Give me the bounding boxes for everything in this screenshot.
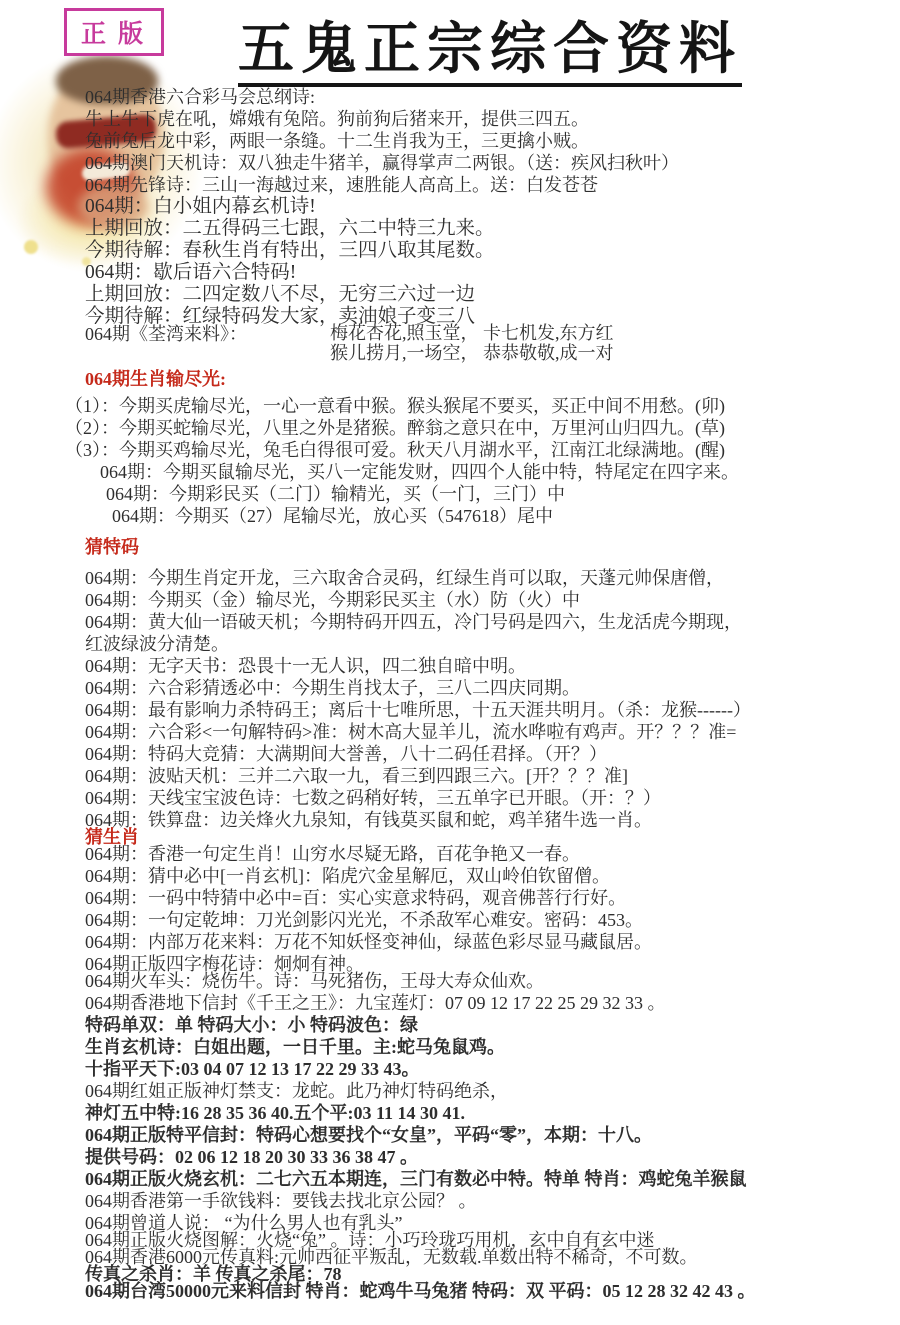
text-line: 064期：白小姐内幕玄机诗! bbox=[85, 196, 895, 218]
text-line: 064期：内部万花来料：万花不知妖怪变神仙，绿蓝色彩尽显马藏鼠居。 bbox=[85, 931, 895, 953]
authenticity-badge: 正版 bbox=[64, 8, 164, 56]
text-line: （3）：今期买鸡输尽光，兔毛白得很可爱。秋天八月湖水平，江南江北绿满地。(醒) bbox=[65, 439, 895, 461]
tip-sheet-page: 正版 五鬼正宗综合资料 064期香港六合彩马会总纲诗:牛上牛下虎在吼，嫦娥有兔陪… bbox=[0, 0, 900, 1325]
text-line: 064期：歇后语六合特码! bbox=[85, 262, 895, 284]
text-line: 神灯五中特:16 28 35 36 40.五个平:03 11 14 30 41. bbox=[85, 1102, 895, 1124]
text-line: 064期先锋诗：三山一海越过来，速胜能人高高上。送：白发苍苍 bbox=[85, 174, 895, 196]
content-lines: 064期香港六合彩马会总纲诗:牛上牛下虎在吼，嫦娥有兔陪。狗前狗后猪来开，提供三… bbox=[85, 86, 895, 1302]
authenticity-badge-label: 正版 bbox=[81, 21, 155, 48]
text-line: 十指平天下:03 04 07 12 13 17 22 29 33 43。 bbox=[85, 1058, 895, 1080]
text-line: 猴儿捞月,一场空， 恭恭敬敬,成一对 bbox=[330, 343, 614, 363]
text-line: 064期澳门天机诗：双八独走牛猪羊，赢得掌声二两银。（送：疾风扫秋叶） bbox=[85, 152, 895, 174]
text-line: 今期待解：春秋生肖有特出，三四八取其尾数。 bbox=[85, 240, 895, 262]
text-line: （1）：今期买虎输尽光，一心一意看中猴。猴头猴尾不要买，买正中间不用愁。(卯) bbox=[65, 395, 895, 417]
line-label: 064期《荃湾来料》： bbox=[85, 323, 330, 363]
text-line: 064期：今期生肖定开龙，三六取舍合灵码，红绿生肖可以取，天蓬元帅保唐僧， bbox=[85, 567, 895, 589]
text-line: 064期：香港一句定生肖！山穷水尽疑无路，百花争艳又一春。 bbox=[85, 843, 895, 865]
text-line: 064期香港地下信封《千王之王》：九宝莲灯：07 09 12 17 22 25 … bbox=[85, 992, 895, 1014]
text-line: 064期：波贴天机：三并二六取一九，看三到四跟三六。[开？？？准] bbox=[85, 765, 895, 787]
text-line: 064期：今期买鼠输尽光，买八一定能发财，四四个人能中特，特尾定在四字来。 bbox=[100, 461, 895, 483]
photo-sparkle bbox=[24, 240, 38, 254]
text-line: 064期：一句定乾坤：刀光剑影闪光光，不杀敌军心难安。密码：453。 bbox=[85, 909, 895, 931]
text-line: 064期：特码大竞猜：大满期间大誉善，八十二码任君择。（开？） bbox=[85, 743, 895, 765]
text-line: 064期：无字天书：恐畏十一无人识，四二独自暗中明。 bbox=[85, 655, 895, 677]
page-title: 五鬼正宗综合资料 bbox=[238, 18, 742, 87]
text-line: 兔前兔后龙中彩，两眼一条缝。十二生肖我为王，三更擒小贼。 bbox=[85, 130, 895, 152]
text-line: 064期：六合彩<一句解特码>准：树木高大显羊儿，流水哗啦有鸡声。开？？？准= bbox=[85, 721, 895, 743]
text-line: 064期正版特平信封：特码心想要找个“女皇”，平码“零”，本期：十八。 bbox=[85, 1124, 895, 1146]
line-column: 梅花杏花,照玉堂， 卡七机发,东方红猴儿捞月,一场空， 恭恭敬敬,成一对 bbox=[330, 323, 614, 363]
text-line: 064期香港第一手欲钱料：要钱去找北京公园？ 。 bbox=[85, 1190, 895, 1212]
text-line: 064期：天线宝宝波色诗：七数之码稍好转，三五单字已开眼。（开：？） bbox=[85, 787, 895, 809]
text-line: 提供号码：02 06 12 18 20 30 33 36 38 47 。 bbox=[85, 1146, 895, 1168]
text-line: 064期：六合彩猜透必中：今期生肖找太子，三八二四庆同期。 bbox=[85, 677, 895, 699]
text-line: 猜特码 bbox=[85, 536, 895, 558]
text-line: 064期生肖输尽光: bbox=[85, 368, 895, 390]
text-line: 上期回放：二五得码三七跟，六二中特三九来。 bbox=[85, 218, 895, 240]
text-line: 生肖玄机诗：白姐出题，一日千里。主:蛇马兔鼠鸡。 bbox=[85, 1036, 895, 1058]
text-line: 064期台湾50000元来料信封 特肖：蛇鸡牛马兔猪 特码：双 平码：05 12… bbox=[85, 1280, 895, 1302]
text-line: 064期：一码中特猜中必中=百：实心实意求特码，观音佛菩行行好。 bbox=[85, 887, 895, 909]
text-line: 064期：今期买（27）尾输尽光，放心买（547618）尾中 bbox=[112, 505, 895, 527]
text-line: 红波绿波分清楚。 bbox=[85, 633, 895, 655]
text-line: 064期：今期彩民买（二门）输精光，买（一门，三门）中 bbox=[106, 483, 895, 505]
text-line: 064期：猜中必中[一肖玄机]：陷虎穴金星解厄，双山岭伯钦留僧。 bbox=[85, 865, 895, 887]
text-line: （2）：今期买蛇输尽光，八里之外是猪猴。醉翁之意只在中，万里河山归四九。(草) bbox=[65, 417, 895, 439]
text-line: 064期火车头：烧伤牛。诗：马死猪伤，王母大寿众仙欢。 bbox=[85, 970, 895, 992]
text-line: 064期香港六合彩马会总纲诗: bbox=[85, 86, 895, 108]
text-line: 064期：黄大仙一语破天机；今期特码开四五，冷门号码是四六，生龙活虎今期现， bbox=[85, 611, 895, 633]
text-line-twocol: 064期《荃湾来料》：梅花杏花,照玉堂， 卡七机发,东方红猴儿捞月,一场空， 恭… bbox=[85, 323, 895, 363]
text-line: 064期：最有影响力杀特码王；离后十七唯所思，十五天涯共明月。（杀：龙猴----… bbox=[85, 699, 895, 721]
text-line: 上期回放：二四定数八不尽，无穷三六过一边 bbox=[85, 284, 895, 306]
text-line: 064期红姐正版神灯禁支：龙蛇。此乃神灯特码绝杀， bbox=[85, 1080, 895, 1102]
text-line: 064期正版火烧玄机：二七六五本期连，三门有数必中特。特单 特肖：鸡蛇兔羊猴鼠 bbox=[85, 1168, 895, 1190]
text-line: 064期：今期买（金）输尽光，今期彩民买主（水）防（火）中 bbox=[85, 589, 895, 611]
text-line: 特码单双：单 特码大小：小 特码波色：绿 bbox=[85, 1014, 895, 1036]
text-line: 梅花杏花,照玉堂， 卡七机发,东方红 bbox=[330, 323, 614, 343]
text-line: 牛上牛下虎在吼，嫦娥有兔陪。狗前狗后猪来开，提供三四五。 bbox=[85, 108, 895, 130]
